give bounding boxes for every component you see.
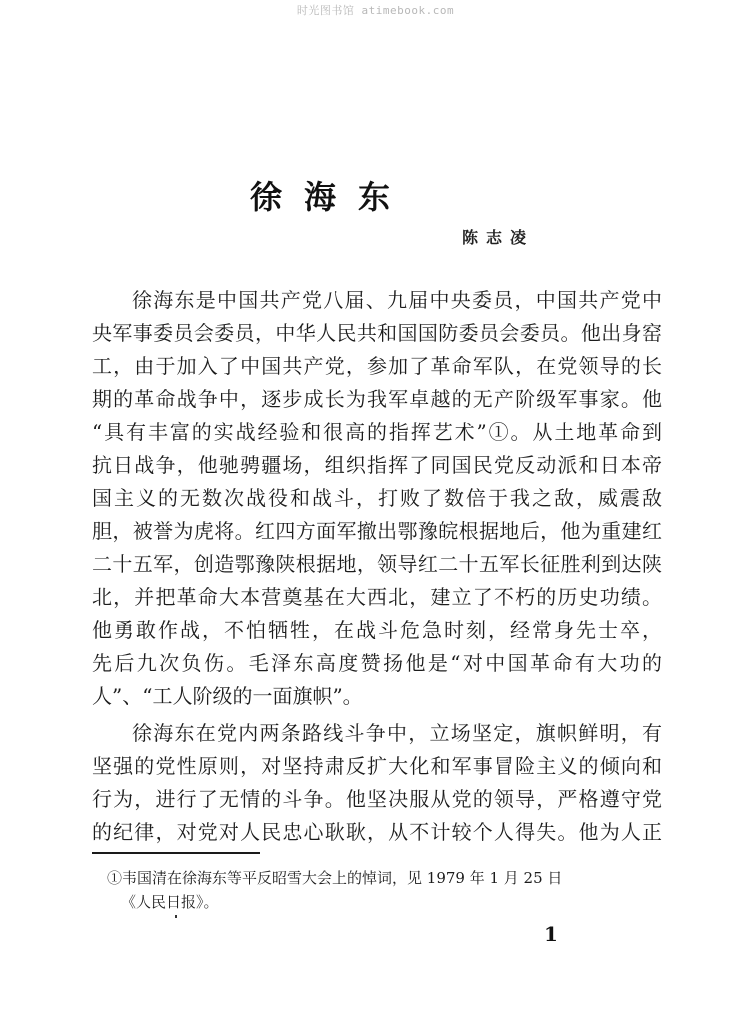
watermark: 时光图书馆 atimebook.com	[0, 2, 751, 18]
text-line: 徐海东在党内两条路线斗争中，立场坚定，旗帜鲜明，有	[92, 717, 662, 750]
text-line: 期的革命战争中，逐步成长为我军卓越的无产阶级军事家。他	[92, 383, 662, 416]
text-line: 人”、“工人阶级的一面旗帜”。	[92, 680, 662, 713]
footnote: ①韦国清在徐海东等平反昭雪大会上的悼词，见 1979 年 1 月 25 日 《人…	[107, 866, 587, 914]
text-line: 北，并把革命大本营奠基在大西北，建立了不朽的历史功绩。	[92, 581, 662, 614]
footnote-line: ①韦国清在徐海东等平反昭雪大会上的悼词，见 1979 年 1 月 25 日	[107, 866, 587, 890]
author-name: 陈志凌	[462, 225, 534, 248]
text-line: 他勇敢作战，不怕牺牲，在战斗危急时刻，经常身先士卒，	[92, 614, 662, 647]
text-line: 二十五军，创造鄂豫陕根据地，领导红二十五军长征胜利到达陕	[92, 548, 662, 581]
page-number: 1	[544, 922, 558, 946]
article-body: 徐海东是中国共产党八届、九届中央委员，中国共产党中 央军事委员会委员，中华人民共…	[92, 284, 662, 849]
scan-artifact-dot	[175, 915, 177, 918]
text-line: 先后九次负伤。毛泽东高度赞扬他是“对中国革命有大功的	[92, 647, 662, 680]
text-line: 国主义的无数次战役和战斗，打败了数倍于我之敌，威震敌	[92, 482, 662, 515]
footnote-divider	[92, 852, 260, 854]
footnote-line: 《人民日报》。	[107, 890, 587, 914]
text-line-with-footnote-ref: “具有丰富的实战经验和很高的指挥艺术”①。从土地革命到	[92, 416, 662, 449]
paragraph-2: 徐海东在党内两条路线斗争中，立场坚定，旗帜鲜明，有 坚强的党性原则，对坚持肃反扩…	[92, 717, 662, 849]
text-line: 工，由于加入了中国共产党，参加了革命军队，在党领导的长	[92, 350, 662, 383]
text-line: 胆，被誉为虎将。红四方面军撤出鄂豫皖根据地后，他为重建红	[92, 515, 662, 548]
paragraph-1: 徐海东是中国共产党八届、九届中央委员，中国共产党中 央军事委员会委员，中华人民共…	[92, 284, 662, 713]
text-line: 央军事委员会委员，中华人民共和国国防委员会委员。他出身窑	[92, 317, 662, 350]
page-title: 徐海东	[250, 172, 510, 218]
text-line: 徐海东是中国共产党八届、九届中央委员，中国共产党中	[92, 284, 662, 317]
text-line: 坚强的党性原则，对坚持肃反扩大化和军事冒险主义的倾向和	[92, 750, 662, 783]
text-line: 抗日战争，他驰骋疆场，组织指挥了同国民党反动派和日本帝	[92, 449, 662, 482]
text-line: 的纪律，对党对人民忠心耿耿，从不计较个人得失。他为人正	[92, 816, 662, 849]
text-line: 行为，进行了无情的斗争。他坚决服从党的领导，严格遵守党	[92, 783, 662, 816]
